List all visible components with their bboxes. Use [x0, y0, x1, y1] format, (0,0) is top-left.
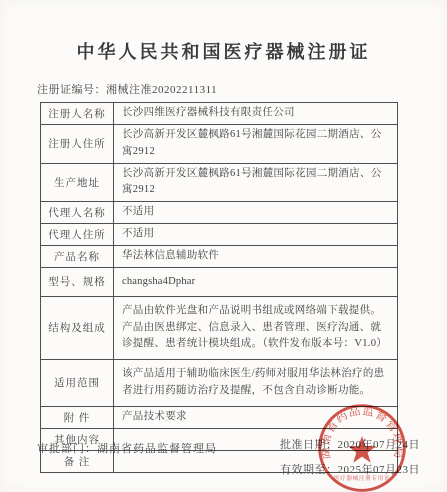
dates-block: 批准日期：2020年07月24日 有效期至：2025年07月23日	[280, 436, 420, 477]
table-row: 适用范围 该产品适用于辅助临床医生/药师对服用华法林治疗的患者进行用药随访治疗及…	[41, 359, 398, 406]
approval-date-line: 批准日期：2020年07月24日	[280, 436, 420, 452]
certificate-table: 注册人名称 长沙四维医疗器械科技有限责任公司 注册人住所 长沙高新开发区麓枫路6…	[40, 102, 398, 473]
row-value: 长沙高新开发区麓枫路61号湘麓国际花园二期酒店、公寓2912	[114, 125, 398, 164]
row-value: 该产品适用于辅助临床医生/药师对服用华法林治疗的患者进行用药随访治疗及提醒，不包…	[114, 359, 398, 406]
registration-number-value: 湘械注准20202211311	[106, 84, 217, 96]
row-label: 生产地址	[41, 163, 114, 202]
certificate-title: 中华人民共和国医疗器械注册证	[0, 38, 447, 64]
table-row: 代理人名称 不适用	[41, 202, 398, 224]
table-row: 代理人住所 不适用	[41, 224, 398, 246]
valid-until-value: 2025年07月23日	[338, 464, 421, 476]
table-row: 附 件 产品技术要求	[41, 406, 398, 428]
table-row: 型号、规格 changsha4Dphar	[41, 267, 398, 296]
approval-department-label: 审批部门：	[37, 443, 97, 455]
approval-department-line: 审批部门：湖南省药品监督管理局	[37, 440, 217, 456]
row-label: 结构及组成	[41, 296, 114, 359]
row-label: 产品名称	[41, 245, 114, 267]
table-row: 结构及组成 产品由软件光盘和产品说明书组成或网络端下载提供。产品由医患绑定、信息…	[41, 296, 398, 359]
valid-until-label: 有效期至：	[280, 464, 338, 476]
row-label: 型号、规格	[41, 267, 114, 296]
table-row: 注册人住所 长沙高新开发区麓枫路61号湘麓国际花园二期酒店、公寓2912	[41, 125, 398, 164]
table-row: 注册人名称 长沙四维医疗器械科技有限责任公司	[41, 103, 398, 125]
row-value: 长沙四维医疗器械科技有限责任公司	[114, 103, 398, 125]
row-label: 代理人住所	[41, 224, 114, 246]
valid-until-line: 有效期至：2025年07月23日	[280, 461, 420, 477]
certificate-page: 中华人民共和国医疗器械注册证 注册证编号：湘械注准20202211311 注册人…	[0, 0, 447, 492]
registration-number-label: 注册证编号：	[37, 84, 106, 96]
row-label: 注册人名称	[41, 103, 114, 125]
row-value: 长沙高新开发区麓枫路61号湘麓国际花园二期酒店、公寓2912	[114, 163, 398, 202]
row-value: changsha4Dphar	[114, 267, 398, 296]
registration-number-line: 注册证编号：湘械注准20202211311	[37, 81, 217, 97]
row-value: 产品技术要求	[114, 406, 398, 428]
approval-department-value: 湖南省药品监督管理局	[97, 443, 217, 455]
table-row: 生产地址 长沙高新开发区麓枫路61号湘麓国际花园二期酒店、公寓2912	[41, 163, 398, 202]
table-row: 产品名称 华法林信息辅助软件	[41, 245, 398, 267]
row-value: 不适用	[114, 224, 398, 246]
row-label: 适用范围	[41, 359, 114, 406]
row-value: 产品由软件光盘和产品说明书组成或网络端下载提供。产品由医患绑定、信息录入、患者管…	[114, 296, 398, 359]
row-value: 不适用	[114, 202, 398, 224]
row-label: 注册人住所	[41, 125, 114, 164]
approval-date-label: 批准日期：	[280, 439, 338, 451]
row-value: 华法林信息辅助软件	[114, 245, 398, 267]
row-label: 附 件	[41, 406, 114, 428]
approval-date-value: 2020年07月24日	[338, 439, 421, 451]
row-label: 代理人名称	[41, 202, 114, 224]
